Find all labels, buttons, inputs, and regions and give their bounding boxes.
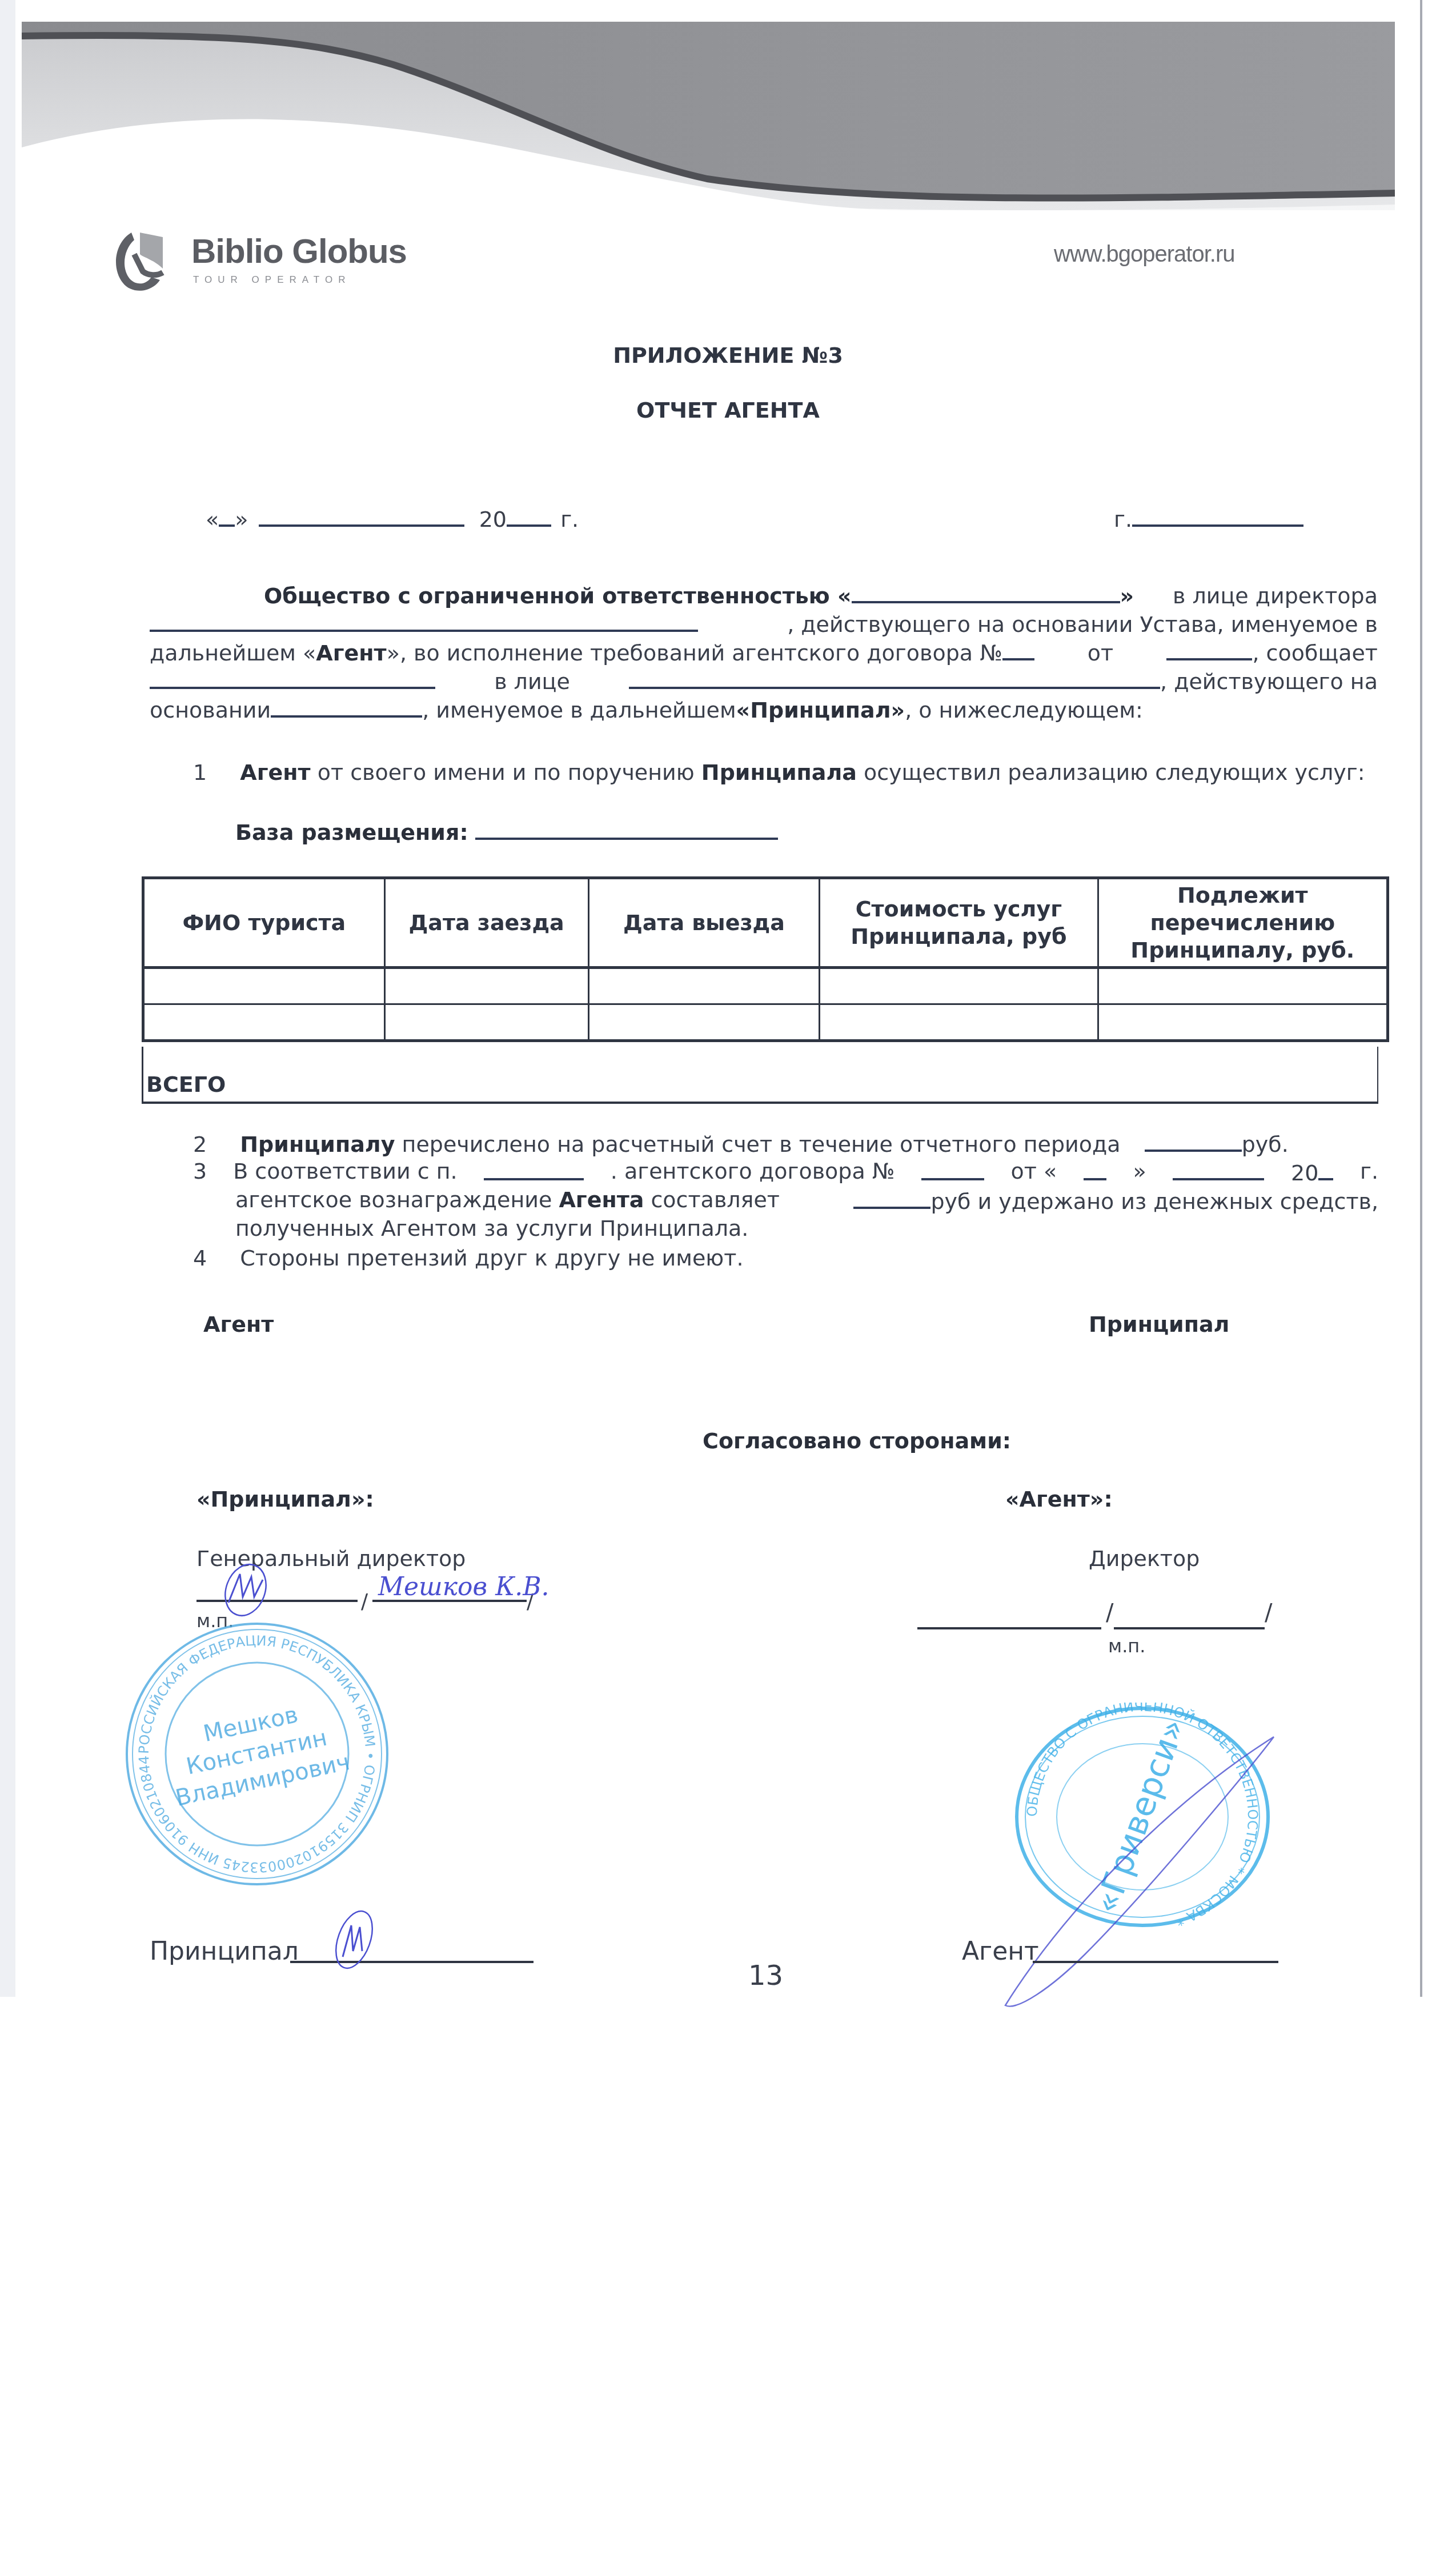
intro-represented-text: в лице — [494, 667, 570, 696]
item-3-contract-number-field[interactable] — [921, 1159, 984, 1180]
item-1: 1 Агент от своего имени и по поручению П… — [193, 760, 1365, 785]
intro-reports-text: , сообщает — [1252, 640, 1378, 666]
cell-service-cost[interactable] — [820, 1004, 1098, 1041]
principal-representative-field[interactable] — [629, 667, 1160, 689]
total-label: ВСЕГО — [146, 1072, 226, 1097]
brand-subtitle: TOUR OPERATOR — [193, 274, 351, 286]
services-table: ФИО туриста Дата заезда Дата выезда Стои… — [142, 876, 1389, 1042]
scan-edge-right — [1420, 0, 1422, 1997]
transferred-amount-field[interactable] — [1145, 1130, 1242, 1152]
intro-line-5: основании, именуемое в дальнейшем «Принц… — [150, 696, 1378, 724]
agent-seal-label: м.п. — [1108, 1635, 1145, 1657]
item-3-line-2: агентское вознаграждение Агента составля… — [193, 1187, 1378, 1216]
cell-tourist-name[interactable] — [143, 968, 385, 1004]
item-3-from-text: от « — [1011, 1159, 1057, 1187]
intro-following-text: , о нижеследующем: — [905, 696, 1143, 724]
agent-position: Директор — [1089, 1546, 1200, 1571]
principal-handwritten-name: Мешков К.В. — [378, 1572, 549, 1601]
biblio-globus-logo-icon — [109, 226, 183, 300]
cell-check-in[interactable] — [384, 1004, 588, 1041]
agent-name-slash: / — [1106, 1600, 1113, 1626]
item-1-number: 1 — [193, 760, 207, 785]
item-3-month-field[interactable] — [1173, 1159, 1264, 1180]
agent-name-slash-end: / — [1265, 1600, 1272, 1626]
company-close-quote: » — [1120, 583, 1134, 608]
city-prefix: г. — [1114, 507, 1132, 532]
intro-charter-text: , действующего на основании Устава, имен… — [787, 610, 1378, 639]
city-line: г. — [1114, 505, 1303, 532]
col-header-check-in: Дата заезда — [384, 878, 588, 968]
col-header-check-out: Дата выезда — [588, 878, 820, 968]
contract-number-field[interactable] — [1002, 639, 1034, 660]
cell-amount-due[interactable] — [1098, 1004, 1387, 1041]
item-1-principal: Принципала — [701, 760, 857, 785]
cell-amount-due[interactable] — [1098, 968, 1387, 1004]
table-row — [143, 1004, 1388, 1041]
date-close-quote: » — [235, 507, 248, 532]
item-3-number: 3 — [193, 1159, 207, 1184]
item-3: 3В соответствии с п. . агентского догово… — [193, 1159, 1378, 1244]
accommodation-line: База размещения: — [235, 818, 778, 845]
year-prefix: 20 — [479, 507, 507, 532]
item-3-withheld-text: руб и удержано из денежных средств, — [930, 1189, 1378, 1214]
accommodation-label: База размещения: — [235, 820, 468, 845]
header-wave-band — [22, 22, 1395, 210]
agent-company-name-field[interactable] — [852, 582, 1120, 603]
item-3-line-3: полученных Агентом за услуги Принципала. — [193, 1216, 1378, 1244]
item-3-fee-text: агентское вознаграждение — [235, 1187, 559, 1212]
item-2-number: 2 — [193, 1132, 207, 1157]
total-row[interactable] — [142, 1047, 1378, 1104]
intro-paragraph: Общество с ограниченной ответственностью… — [150, 582, 1378, 724]
date-line: «» 20 г. — [206, 505, 579, 532]
item-2-currency: руб. — [1242, 1132, 1289, 1157]
contract-date-field[interactable] — [1166, 639, 1252, 660]
item-3-year-prefix: 20 — [1291, 1160, 1318, 1186]
cell-check-in[interactable] — [384, 968, 588, 1004]
year-suffix: г. — [560, 507, 579, 532]
principal-heading: Принципал — [1089, 1312, 1229, 1337]
principal-name-slash: / — [361, 1590, 368, 1613]
cell-check-out[interactable] — [588, 968, 820, 1004]
table-row — [143, 968, 1388, 1004]
item-2: 2 Принципалу перечислено на расчетный сч… — [193, 1130, 1289, 1157]
intro-hereinafter-2-text: , именуемое в дальнейшем — [422, 696, 736, 724]
intro-line-4: в лице , действующего на — [150, 667, 1378, 696]
intro-hereinafter-text: дальнейшем « — [150, 640, 316, 666]
intro-line-2: , действующего на основании Устава, имен… — [150, 610, 1378, 639]
item-3-clause-text: В соответствии с п. — [233, 1159, 457, 1184]
principal-signature-scribble-icon — [206, 1563, 286, 1620]
intro-line-1: Общество с ограниченной ответственностью… — [150, 582, 1378, 610]
item-1-text-a: от своего имени и по поручению — [311, 760, 701, 785]
company-form-label: Общество с ограниченной ответственностью… — [264, 583, 852, 608]
item-4-number: 4 — [193, 1246, 207, 1271]
intro-director-text: в лице директора — [1173, 582, 1378, 610]
month-field[interactable] — [259, 505, 464, 527]
intro-line-3: дальнейшем «Агент», во исполнение требов… — [150, 639, 1378, 667]
brand-name: Biblio Globus — [191, 231, 407, 271]
item-3-day-field[interactable] — [1084, 1159, 1106, 1180]
item-2-principal: Принципалу — [240, 1132, 395, 1157]
cell-tourist-name[interactable] — [143, 1004, 385, 1041]
item-3-amounts-text: составляет — [644, 1187, 780, 1212]
item-1-agent: Агент — [240, 760, 310, 785]
item-3-line-1: 3В соответствии с п. . агентского догово… — [193, 1159, 1378, 1187]
item-1-text-b: осуществил реализацию следующих услуг: — [857, 760, 1365, 785]
website-url[interactable]: www.bgoperator.ru — [1054, 242, 1235, 267]
footer-principal-label: Принципал — [150, 1937, 299, 1966]
item-3-year-suffix: г. — [1360, 1159, 1378, 1187]
principal-stamp-icon: РОССИЙСКАЯ ФЕДЕРАЦИЯ РЕСПУБЛИКА КРЫМ • О… — [120, 1617, 394, 1891]
col-header-amount-due: Подлежит перечислению Принципалу, руб. — [1098, 878, 1387, 968]
principal-name-field[interactable] — [150, 667, 435, 689]
appendix-title: ПРИЛОЖЕНИЕ №3 — [0, 343, 1456, 368]
footer-agent-label: Агент — [962, 1937, 1039, 1966]
principal-basis-field[interactable] — [271, 696, 422, 718]
table-header-row: ФИО туриста Дата заезда Дата выезда Стои… — [143, 878, 1388, 968]
accommodation-field[interactable] — [475, 818, 778, 840]
principal-bold-label: «Принципал» — [736, 696, 905, 724]
intro-contract-text: », во исполнение требований агентского д… — [387, 640, 1002, 666]
year-field[interactable] — [507, 505, 551, 527]
item-2-text: перечислено на расчетный счет в течение … — [395, 1132, 1120, 1157]
item-3-close-quote: » — [1133, 1159, 1146, 1187]
report-title: ОТЧЕТ АГЕНТА — [0, 398, 1456, 423]
agent-name-field[interactable] — [1114, 1627, 1265, 1629]
city-field[interactable] — [1132, 505, 1303, 527]
agent-director-field[interactable] — [150, 610, 698, 632]
page-number: 13 — [748, 1960, 783, 1992]
intro-acting-text: , действующего на — [1160, 669, 1378, 694]
col-header-tourist-name: ФИО туриста — [143, 878, 385, 968]
cell-service-cost[interactable] — [820, 968, 1098, 1004]
agent-signature-field[interactable] — [917, 1627, 1101, 1629]
footer-agent-signature-field[interactable] — [1033, 1961, 1278, 1963]
item-3-contract-text: . агентского договора № — [611, 1159, 895, 1187]
day-field[interactable] — [219, 505, 235, 527]
agent-heading: Агент — [203, 1312, 274, 1337]
agent-fee-field[interactable] — [853, 1187, 930, 1209]
item-3-year-field[interactable] — [1318, 1159, 1333, 1180]
item-3-agent: Агента — [559, 1187, 644, 1212]
clause-number-field[interactable] — [484, 1159, 584, 1180]
item-4: 4 Стороны претензий друг к другу не имею… — [193, 1246, 744, 1271]
item-4-text: Стороны претензий друг к другу не имеют. — [240, 1246, 743, 1271]
agent-bold-label: Агент — [316, 640, 386, 666]
scan-edge-left — [0, 0, 15, 1997]
intro-from-text: от — [1088, 639, 1113, 667]
intro-basis-text: основании — [150, 696, 271, 724]
agreed-label: Согласовано сторонами: — [703, 1428, 1011, 1453]
date-open-quote: « — [206, 507, 219, 532]
principal-block-label: «Принципал»: — [196, 1487, 374, 1512]
cell-check-out[interactable] — [588, 1004, 820, 1041]
agent-block-label: «Агент»: — [1005, 1487, 1113, 1512]
footer-principal-signature-icon — [320, 1905, 388, 1974]
col-header-service-cost: Стоимость услуг Принципала, руб — [820, 878, 1098, 968]
agent-signature-scribble-icon — [994, 1725, 1291, 2011]
